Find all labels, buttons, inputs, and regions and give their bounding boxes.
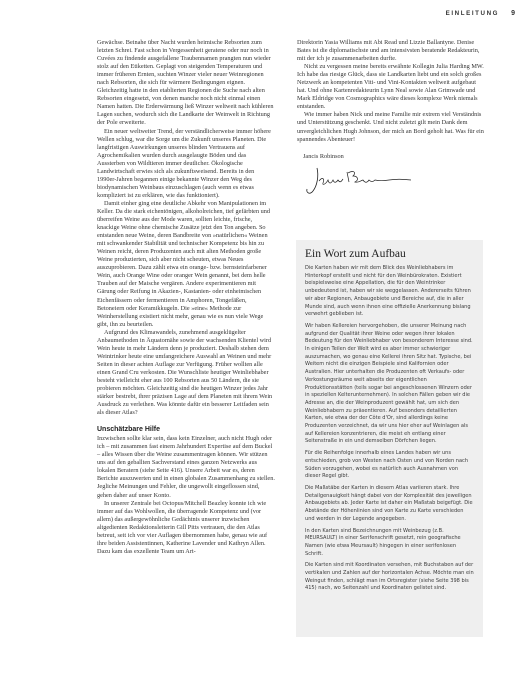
- signature-icon: [303, 164, 423, 198]
- body-paragraph: Damit einher ging eine deutliche Abkehr …: [97, 200, 275, 329]
- body-paragraph: Wie immer haben Nick und meine Familie m…: [297, 111, 484, 143]
- info-box-paragraph: Für die Reihenfolge innerhalb eines Land…: [305, 450, 474, 481]
- info-box-paragraph: In den Karten sind Bezeichnungen mit Wei…: [305, 528, 474, 559]
- section-subheading: Unschätzbare Hilfe: [97, 425, 275, 434]
- section-title: EINLEITUNG: [446, 10, 499, 17]
- info-box-title: Ein Wort zum Aufbau: [305, 248, 474, 261]
- info-box-paragraph: Die Karten sind mit Koordinaten versehen…: [305, 562, 474, 593]
- info-box-paragraph: Die Karten haben wir mit dem Blick des W…: [305, 265, 474, 319]
- right-text-column: Direktorin Yasia Williams mit Abi Read u…: [297, 39, 484, 198]
- body-paragraph: Ein neuer weltweiter Trend, der verständ…: [97, 128, 275, 200]
- left-text-column: Gewächse. Beinahe über Nacht wurden heim…: [97, 39, 275, 556]
- body-paragraph: Aufgrund des Klimawandels, zunehmend aus…: [97, 329, 275, 418]
- author-name: Jancis Robinson: [297, 153, 484, 161]
- info-box-paragraph: Die Maßstäbe der Karten in diesem Atlas …: [305, 485, 474, 524]
- body-paragraph: In unserer Zentrale bei Octopus/Mitchell…: [97, 500, 275, 556]
- body-paragraph: Nicht zu vergessen meine bereits erwähnt…: [297, 63, 484, 111]
- body-paragraph: Direktorin Yasia Williams mit Abi Read u…: [297, 39, 484, 63]
- info-box-paragraph: Wir haben Kellereien hervorgehoben, die …: [305, 323, 474, 446]
- info-box-aufbau: Ein Wort zum Aufbau Die Karten haben wir…: [296, 240, 483, 637]
- running-header: EINLEITUNG9: [446, 10, 515, 17]
- body-paragraph: Gewächse. Beinahe über Nacht wurden heim…: [97, 39, 275, 128]
- page-number: 9: [511, 10, 515, 17]
- body-paragraph: Inzwischen sollte klar sein, dass kein E…: [97, 435, 275, 499]
